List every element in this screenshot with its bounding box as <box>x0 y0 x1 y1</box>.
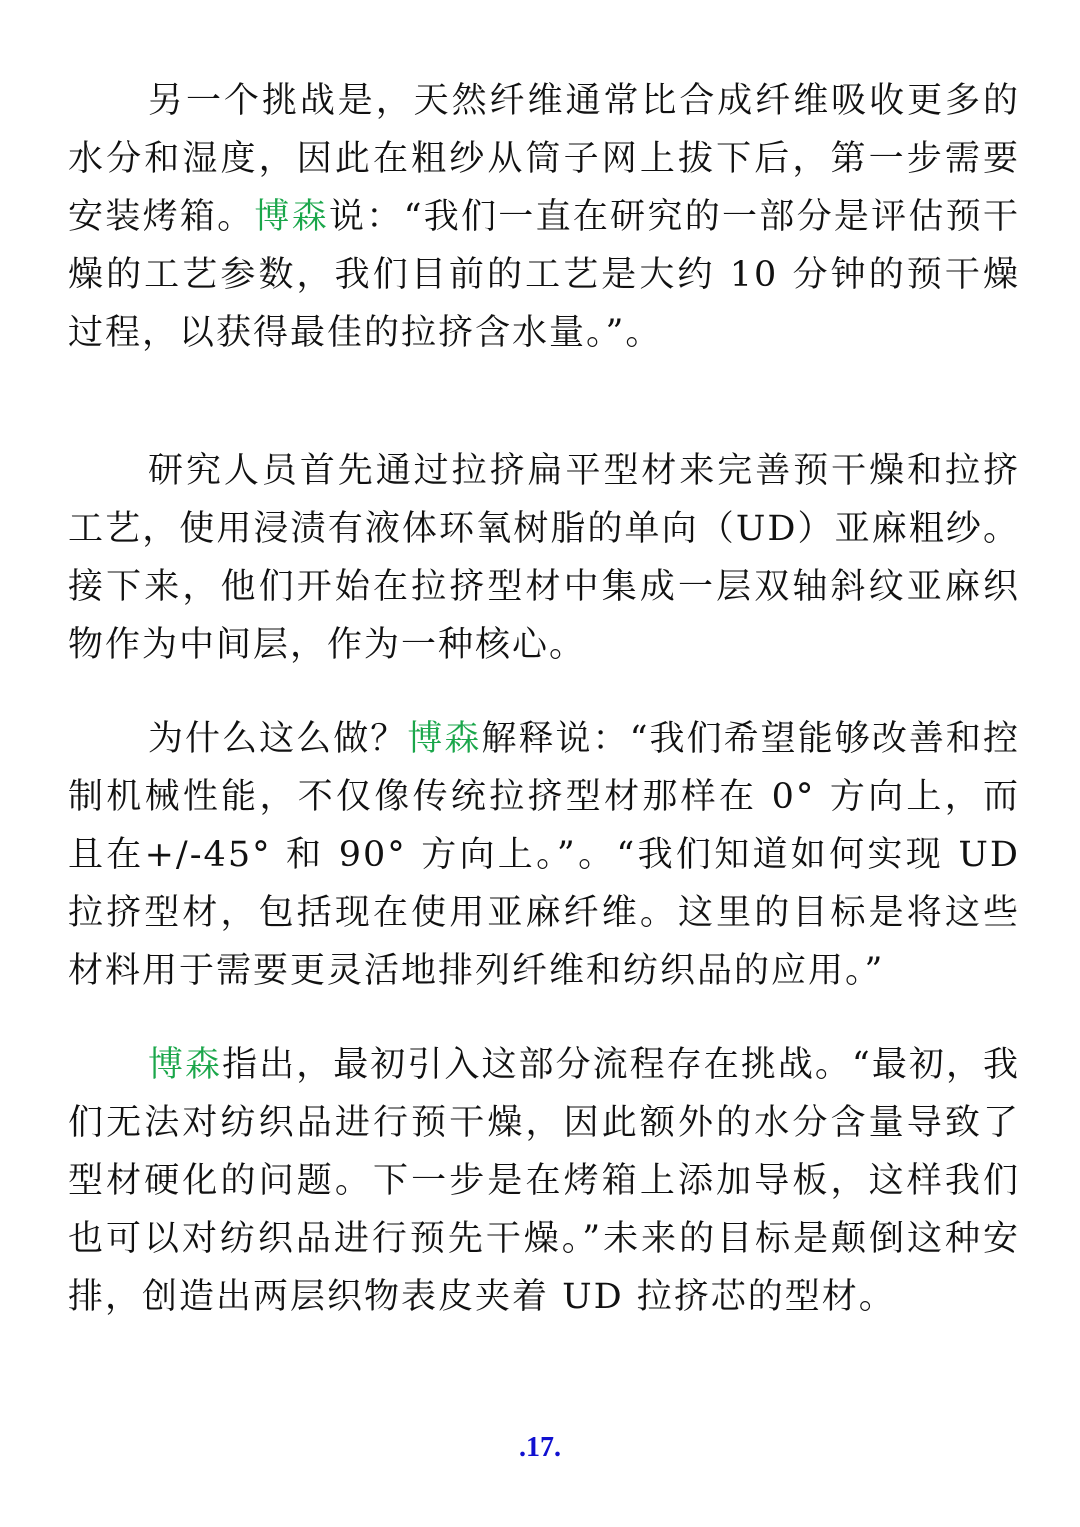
document-body: 另一个挑战是，天然纤维通常比合成纤维吸收更多的水分和湿度，因此在粗纱从筒子网上拔… <box>68 72 1020 1326</box>
highlighted-name: 博森 <box>407 719 481 759</box>
highlighted-name: 博森 <box>148 1045 222 1085</box>
paragraph-4: 博森指出，最初引入这部分流程存在挑战。“最初，我们无法对纺织品进行预干燥，因此额… <box>68 1036 1020 1326</box>
page-number: .17. <box>0 1432 1080 1464</box>
paragraph-3-text-post: 解释说：“我们希望能够改善和控制机械性能，不仅像传统拉挤型材那样在 0° 方向上… <box>68 719 1020 991</box>
paragraph-3-text-pre: 为什么这么做？ <box>148 719 407 759</box>
highlighted-name: 博森 <box>254 197 329 237</box>
paragraph-2: 研究人员首先通过拉挤扁平型材来完善预干燥和拉挤工艺，使用浸渍有液体环氧树脂的单向… <box>68 442 1020 674</box>
paragraph-2-text: 研究人员首先通过拉挤扁平型材来完善预干燥和拉挤工艺，使用浸渍有液体环氧树脂的单向… <box>68 451 1020 665</box>
paragraph-4-text-post: 指出，最初引入这部分流程存在挑战。“最初，我们无法对纺织品进行预干燥，因此额外的… <box>68 1045 1020 1317</box>
paragraph-3: 为什么这么做？博森解释说：“我们希望能够改善和控制机械性能，不仅像传统拉挤型材那… <box>68 710 1020 1000</box>
paragraph-1: 另一个挑战是，天然纤维通常比合成纤维吸收更多的水分和湿度，因此在粗纱从筒子网上拔… <box>68 72 1020 362</box>
